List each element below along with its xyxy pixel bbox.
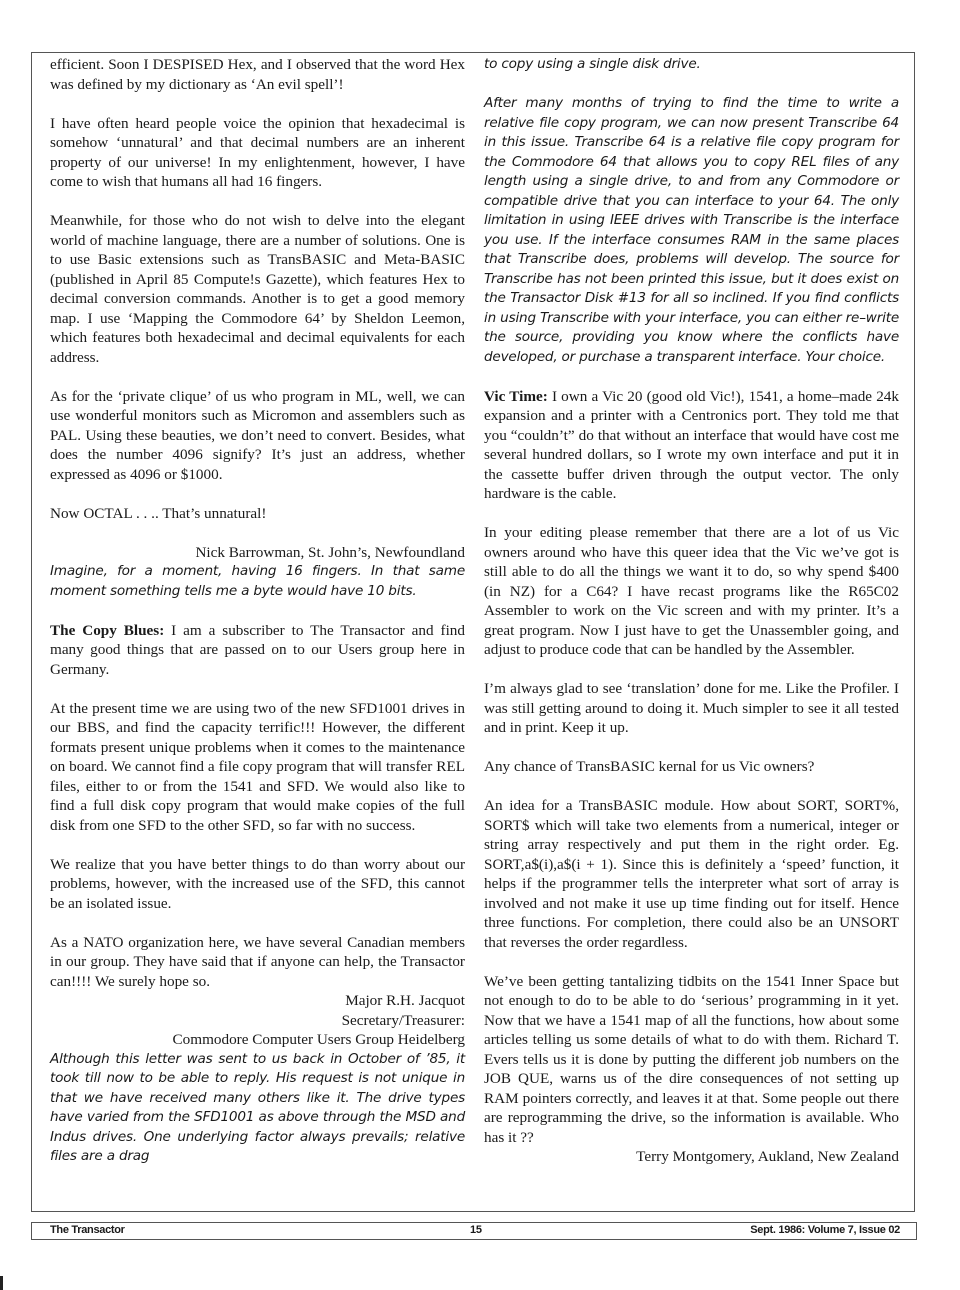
letter-1-paragraph: Meanwhile, for those who do not wish to … <box>50 211 465 367</box>
letter-3-paragraph: In your editing please remember that the… <box>484 523 899 660</box>
letter-1-signature: Nick Barrowman, St. John’s, Newfoundland <box>50 543 465 563</box>
letter-3-paragraph: I’m always glad to see ‘translation’ don… <box>484 679 899 738</box>
letter-2-paragraph: As a NATO organization here, we have sev… <box>50 933 465 992</box>
letter-1-paragraph: efficient. Soon I DESPISED Hex, and I ob… <box>50 55 465 94</box>
footer-publication: The Transactor <box>50 1223 125 1238</box>
letter-1-paragraph: Now OCTAL . . .. That’s unnatural! <box>50 504 465 524</box>
letter-2-signature-org: Commodore Computer Users Group Heidelber… <box>50 1030 465 1050</box>
letter-3-paragraph: An idea for a TransBASIC module. How abo… <box>484 796 899 952</box>
letter-3-heading: Vic Time: <box>484 388 548 405</box>
letter-2-paragraph: At the present time we are using two of … <box>50 699 465 836</box>
letter-2-heading: The Copy Blues: <box>50 622 164 639</box>
letter-3-paragraph: We’ve been getting tantalizing tidbits o… <box>484 972 899 1148</box>
right-column: to copy using a single disk drive. After… <box>484 55 899 1167</box>
letter-3-intro: Vic Time: I own a Vic 20 (good old Vic!)… <box>484 387 899 504</box>
page-footer: The Transactor 15 Sept. 1986: Volume 7, … <box>31 1222 917 1240</box>
letter-3-paragraph: Any chance of TransBASIC kernal for us V… <box>484 757 899 777</box>
letter-3-signature: Terry Montgomery, Aukland, New Zealand <box>484 1147 899 1167</box>
letter-1-paragraph: I have often heard people voice the opin… <box>50 114 465 192</box>
editor-reply-2-part-1: Although this letter was sent to us back… <box>50 1050 465 1167</box>
footer-page-number: 15 <box>470 1223 482 1238</box>
letter-2-intro: The Copy Blues: I am a subscriber to The… <box>50 621 465 680</box>
footer-issue: Sept. 1986: Volume 7, Issue 02 <box>750 1223 900 1238</box>
letter-2-signature-title: Secretary/Treasurer: <box>50 1011 465 1031</box>
letter-1-paragraph: As for the ‘private clique’ of us who pr… <box>50 387 465 485</box>
editor-reply-3: After many months of trying to find the … <box>484 94 899 367</box>
letter-2-paragraph: We realize that you have better things t… <box>50 855 465 914</box>
scan-artifact <box>0 1276 3 1290</box>
letter-2-signature-name: Major R.H. Jacquot <box>50 991 465 1011</box>
editor-reply-1: Imagine, for a moment, having 16 fingers… <box>50 562 465 601</box>
left-column: efficient. Soon I DESPISED Hex, and I ob… <box>50 55 465 1167</box>
editor-reply-2-part-2: to copy using a single disk drive. <box>484 55 899 75</box>
